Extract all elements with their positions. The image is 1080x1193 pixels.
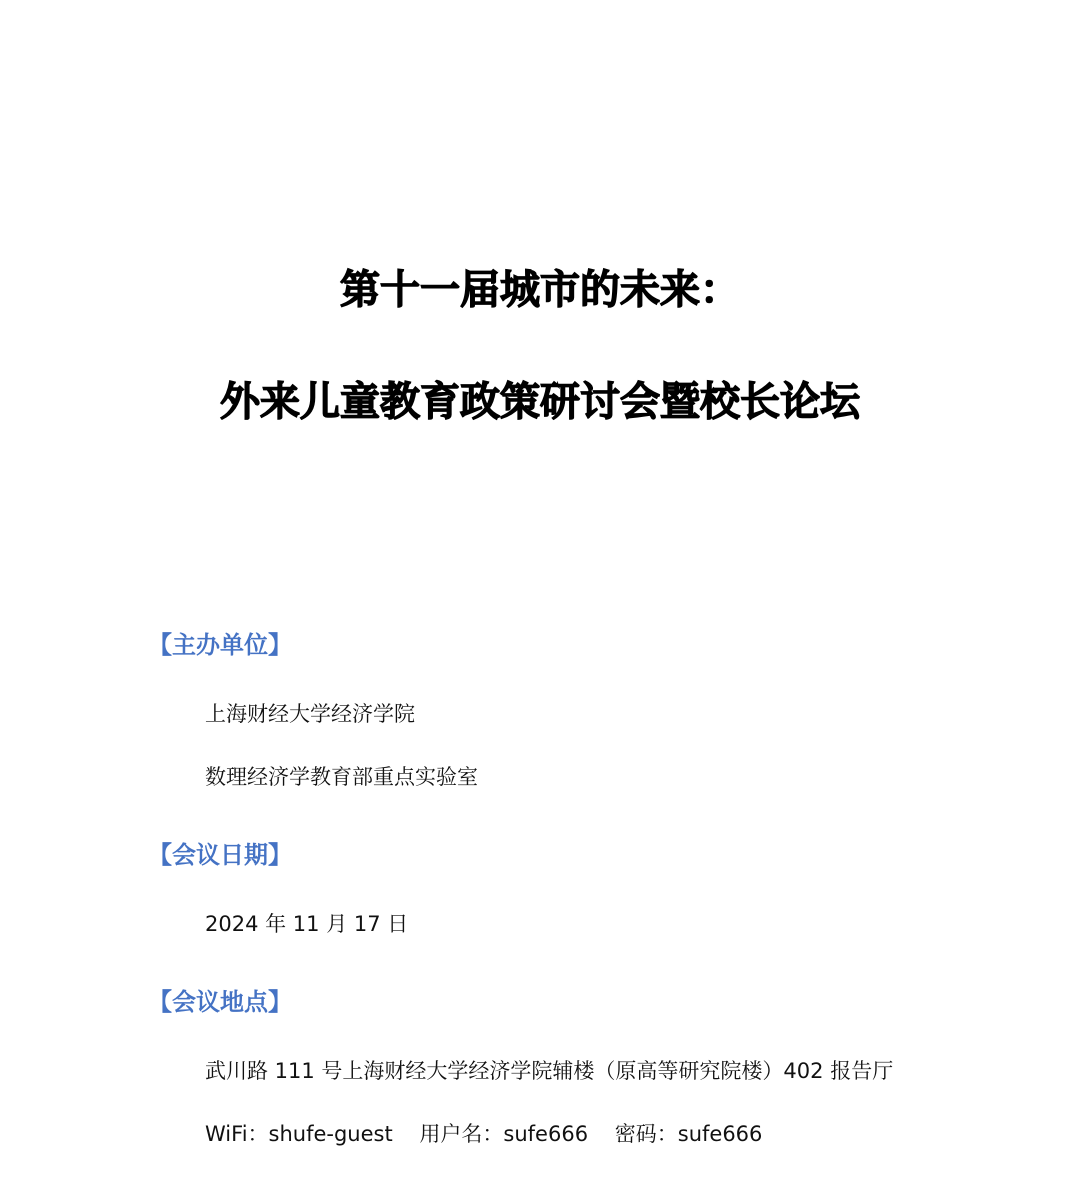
- date-line: 2024 年 11 月 17 日: [205, 908, 408, 938]
- organizer-line: 上海财经大学经济学院: [205, 698, 415, 728]
- page-title-line1: 第十一届城市的未来：: [0, 258, 1080, 315]
- section-heading-date: 【会议日期】: [148, 835, 292, 870]
- wifi-info: WiFi：shufe-guest 用户名：sufe666 密码：sufe666: [205, 1118, 762, 1148]
- section-heading-organizer: 【主办单位】: [148, 625, 292, 660]
- venue-address: 武川路 111 号上海财经大学经济学院辅楼（原高等研究院楼）402 报告厅: [205, 1055, 893, 1085]
- organizer-line: 数理经济学教育部重点实验室: [205, 761, 478, 791]
- page-title-line2: 外来儿童教育政策研讨会暨校长论坛: [0, 370, 1080, 427]
- section-heading-venue: 【会议地点】: [148, 982, 292, 1017]
